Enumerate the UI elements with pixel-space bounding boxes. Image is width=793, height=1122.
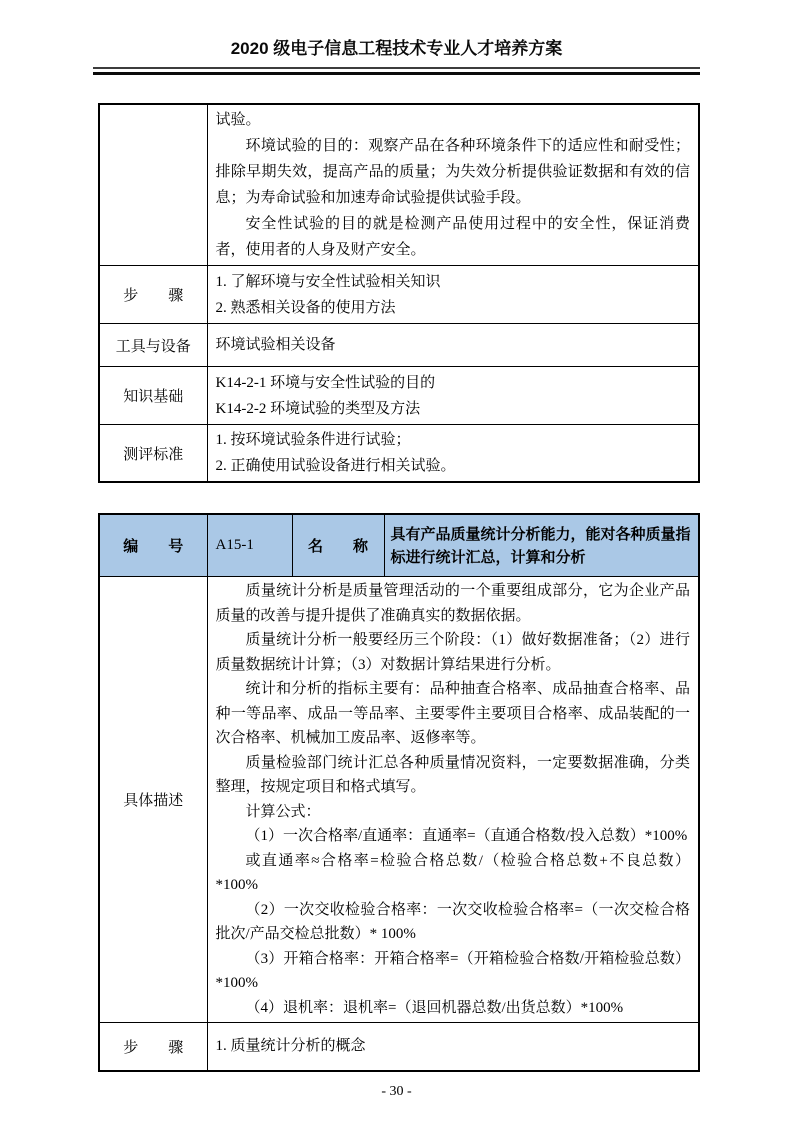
row-content: 试验。 环境试验的目的：观察产品在各种环境条件下的适应性和耐受性；排除早期失效，… [207, 104, 699, 266]
environment-safety-test-table: 试验。 环境试验的目的：观察产品在各种环境条件下的适应性和耐受性；排除早期失效，… [98, 103, 700, 483]
formula-line: （2）一次交收检验合格率：一次交收检验合格率=（一次交检合格批次/产品交检总批数… [216, 898, 691, 947]
header-cell-name-value: 具有产品质量统计分析能力，能对各种质量指标进行统计汇总，计算和分析 [384, 514, 699, 577]
row-content: 1. 按环境试验条件进行试验； 2. 正确使用试验设备进行相关试验。 [207, 425, 699, 483]
page-number: - 30 - [0, 1082, 793, 1102]
row-label-steps: 步 骤 [99, 266, 207, 324]
document-page: 2020 级电子信息工程技术专业人才培养方案 试验。 环境试验的目的：观察产品在… [0, 0, 793, 1122]
row-content: 1. 了解环境与安全性试验相关知识 2. 熟悉相关设备的使用方法 [207, 266, 699, 324]
row-content: 1. 质量统计分析的概念 [207, 1023, 699, 1072]
paragraph: 质量检验部门统计汇总各种质量情况资料，一定要数据准确，分类整理，按规定项目和格式… [216, 751, 691, 800]
formula-line: （3）开箱合格率：开箱合格率=（开箱检验合格数/开箱检验总数）*100% [216, 947, 691, 996]
quality-statistics-table: 编 号 A15-1 名 称 具有产品质量统计分析能力，能对各种质量指标进行统计汇… [98, 513, 700, 1072]
list-line: K14-2-2 环境试验的类型及方法 [216, 396, 691, 422]
paragraph: 质量统计分析一般要经历三个阶段：（1）做好数据准备；（2）进行质量数据统计计算；… [216, 628, 691, 677]
header-cell-id-value: A15-1 [207, 514, 292, 577]
table-row: 步 骤 1. 质量统计分析的概念 [99, 1023, 699, 1072]
list-line: K14-2-1 环境与安全性试验的目的 [216, 370, 691, 396]
row-label-evaluation: 测评标准 [99, 425, 207, 483]
table-row: 工具与设备 环境试验相关设备 [99, 324, 699, 367]
list-line: 1. 按环境试验条件进行试验； [216, 427, 691, 453]
document-header-title: 2020 级电子信息工程技术专业人才培养方案 [0, 0, 793, 60]
table-header-row: 编 号 A15-1 名 称 具有产品质量统计分析能力，能对各种质量指标进行统计汇… [99, 514, 699, 577]
paragraph: 统计和分析的指标主要有：品种抽查合格率、成品抽查合格率、品种一等品率、成品一等品… [216, 677, 691, 751]
paragraph: 环境试验的目的：观察产品在各种环境条件下的适应性和耐受性；排除早期失效，提高产品… [216, 133, 691, 211]
row-content: K14-2-1 环境与安全性试验的目的 K14-2-2 环境试验的类型及方法 [207, 367, 699, 425]
table-row: 步 骤 1. 了解环境与安全性试验相关知识 2. 熟悉相关设备的使用方法 [99, 266, 699, 324]
row-label-knowledge: 知识基础 [99, 367, 207, 425]
table-row: 知识基础 K14-2-1 环境与安全性试验的目的 K14-2-2 环境试验的类型… [99, 367, 699, 425]
list-line: 2. 正确使用试验设备进行相关试验。 [216, 453, 691, 479]
formula-line: 或直通率≈合格率=检验合格总数/（检验合格总数+不良总数）*100% [216, 849, 691, 898]
formula-line: （1）一次合格率/直通率：直通率=（直通合格数/投入总数）*100% [216, 824, 691, 849]
formula-line: （4）退机率：退机率=（退回机器总数/出货总数）*100% [216, 996, 691, 1021]
table-row: 测评标准 1. 按环境试验条件进行试验； 2. 正确使用试验设备进行相关试验。 [99, 425, 699, 483]
table-row: 试验。 环境试验的目的：观察产品在各种环境条件下的适应性和耐受性；排除早期失效，… [99, 104, 699, 266]
paragraph: 计算公式： [216, 800, 691, 825]
list-line: 1. 了解环境与安全性试验相关知识 [216, 269, 691, 295]
list-line: 环境试验相关设备 [216, 332, 691, 358]
header-double-rule [93, 67, 700, 75]
table-row: 具体描述 质量统计分析是质量管理活动的一个重要组成部分，它为企业产品质量的改善与… [99, 577, 699, 1023]
list-line: 1. 质量统计分析的概念 [216, 1034, 691, 1059]
paragraph: 质量统计分析是质量管理活动的一个重要组成部分，它为企业产品质量的改善与提升提供了… [216, 579, 691, 628]
row-label-steps: 步 骤 [99, 1023, 207, 1072]
paragraph: 安全性试验的目的就是检测产品使用过程中的安全性，保证消费者，使用者的人身及财产安… [216, 211, 691, 263]
row-label-empty [99, 104, 207, 266]
header-cell-name-label: 名 称 [292, 514, 384, 577]
row-content: 环境试验相关设备 [207, 324, 699, 367]
row-label-tools: 工具与设备 [99, 324, 207, 367]
header-cell-id-label: 编 号 [99, 514, 207, 577]
list-line: 2. 熟悉相关设备的使用方法 [216, 295, 691, 321]
row-content: 质量统计分析是质量管理活动的一个重要组成部分，它为企业产品质量的改善与提升提供了… [207, 577, 699, 1023]
paragraph: 试验。 [216, 107, 691, 133]
row-label-description: 具体描述 [99, 577, 207, 1023]
